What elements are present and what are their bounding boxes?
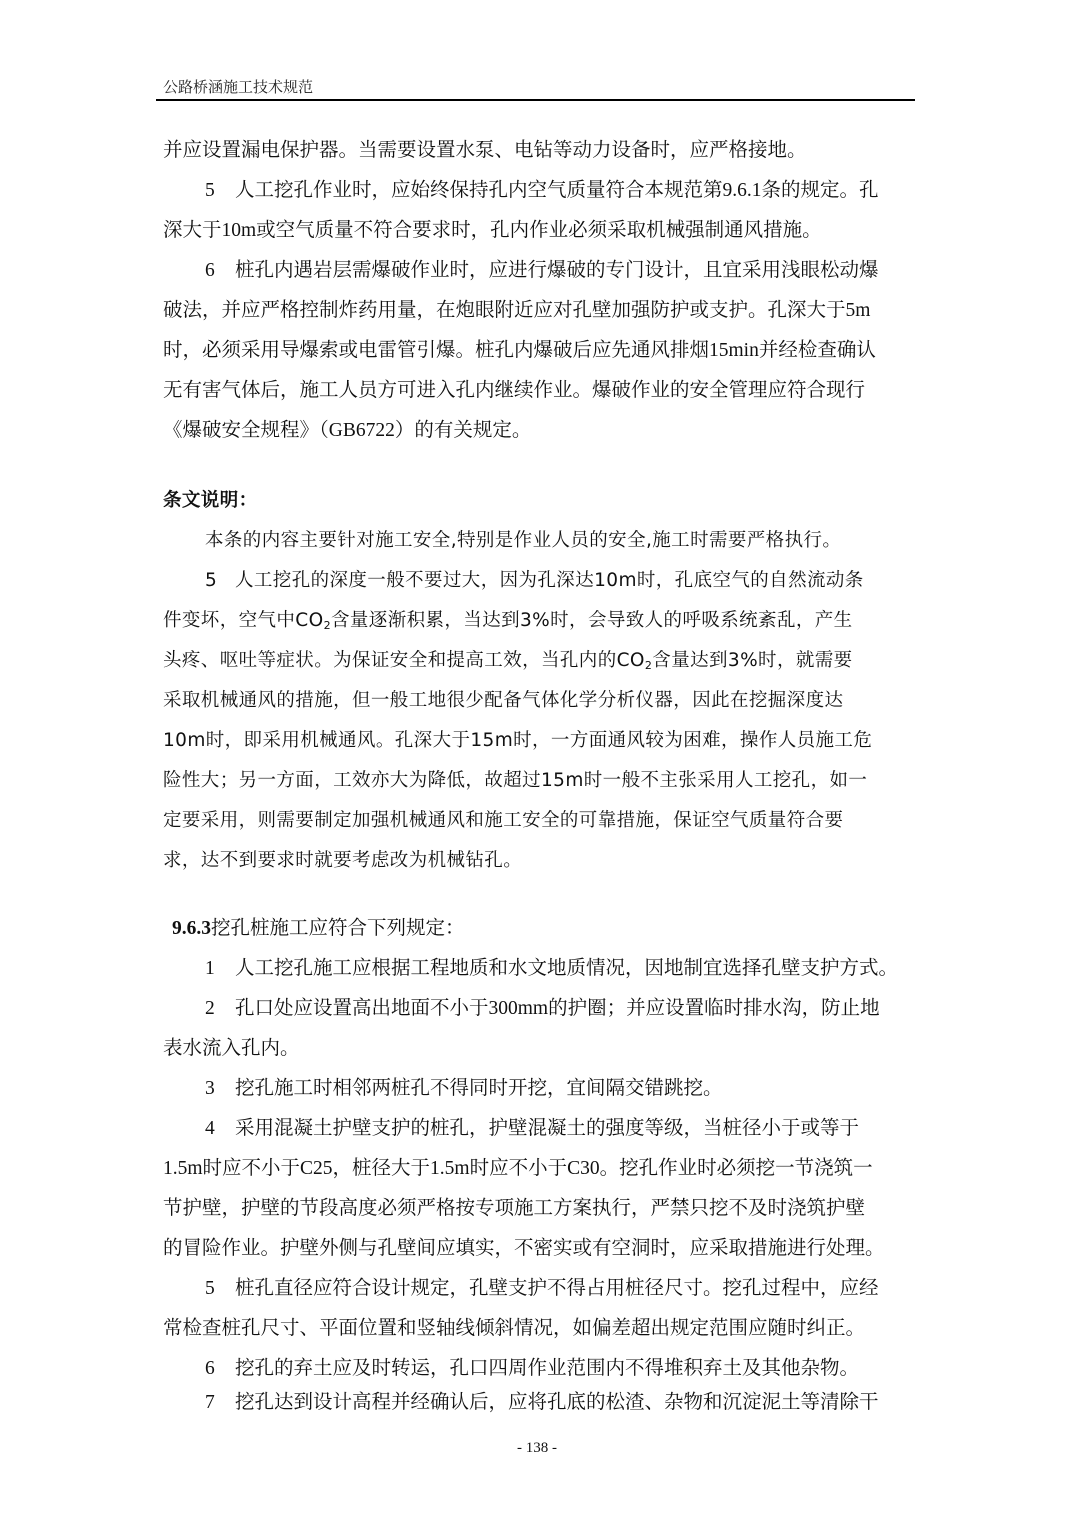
item-number: 2 xyxy=(205,997,235,1021)
paragraph-line: 无有害气体后，施工人员方可进入孔内继续作业。爆破作业的安全管理应符合现行 xyxy=(163,379,915,403)
paragraph-line: 的冒险作业。护壁外侧与孔壁间应填实，不密实或有空洞时，应采取措施进行处理。 xyxy=(163,1237,915,1261)
paragraph-line: 件变坏，空气中CO2含量逐渐积累，当达到3%时，会导致人的呼吸系统紊乱，产生 xyxy=(163,609,915,638)
item-text: 人工挖孔的深度一般不要过大，因为孔深达10m时，孔底空气的自然流动条 xyxy=(235,570,864,591)
paragraph-line: 险性大；另一方面，工效亦大为降低，故超过15m时一般不主张采用人工挖孔，如一 xyxy=(163,769,915,793)
item-number: 5 xyxy=(205,179,235,203)
clause-number: 9.6.3 xyxy=(172,918,211,939)
text-segment: 含量达到3%时，就需要 xyxy=(652,650,852,671)
item-text: 桩孔内遇岩层需爆破作业时，应进行爆破的专门设计，且宜采用浅眼松动爆 xyxy=(235,260,879,281)
clause-item-3: 3挖孔施工时相邻两桩孔不得同时开挖，宜间隔交错跳挖。 xyxy=(205,1077,957,1101)
text-segment: 头疼、呕吐等症状。为保证安全和提高工效，当孔内的CO xyxy=(163,650,645,671)
paragraph-line: 深大于10m或空气质量不符合要求时，孔内作业必须采取机械强制通风措施。 xyxy=(163,219,915,243)
page-number: - 138 - xyxy=(0,1440,1074,1457)
subscript: 2 xyxy=(324,619,331,632)
explanation-item-5: 5人工挖孔的深度一般不要过大，因为孔深达10m时，孔底空气的自然流动条 xyxy=(205,569,957,593)
item-text: 挖孔的弃土应及时转运，孔口四周作业范围内不得堆积弃土及其他杂物。 xyxy=(235,1358,859,1379)
item-text: 挖孔达到设计高程并经确认后，应将孔底的松渣、杂物和沉淀泥土等清除干 xyxy=(235,1392,879,1413)
item-text: 采用混凝土护壁支护的桩孔，护壁混凝土的强度等级，当桩径小于或等于 xyxy=(235,1118,859,1139)
clause-item-2: 2孔口处应设置高出地面不小于300mm的护圈；并应设置临时排水沟，防止地 xyxy=(205,997,957,1021)
header-divider xyxy=(156,99,915,101)
clause-item-5: 5桩孔直径应符合设计规定，孔壁支护不得占用桩径尺寸。挖孔过程中，应经 xyxy=(205,1277,957,1301)
clause-heading: 9.6.3挖孔桩施工应符合下列规定： xyxy=(172,917,924,941)
paragraph-line: 表水流入孔内。 xyxy=(163,1037,915,1061)
explanation-heading: 条文说明： xyxy=(163,489,915,513)
running-header-title: 公路桥涵施工技术规范 xyxy=(163,76,313,97)
item-text: 孔口处应设置高出地面不小于300mm的护圈；并应设置临时排水沟，防止地 xyxy=(235,998,880,1019)
item-number: 6 xyxy=(205,1357,235,1381)
clause-item-6: 6挖孔的弃土应及时转运，孔口四周作业范围内不得堆积弃土及其他杂物。 xyxy=(205,1357,957,1381)
item-number: 5 xyxy=(205,569,235,593)
item-text: 人工挖孔作业时，应始终保持孔内空气质量符合本规范第9.6.1条的规定。孔 xyxy=(235,180,879,201)
item-number: 1 xyxy=(205,957,235,981)
list-item-6: 6桩孔内遇岩层需爆破作业时，应进行爆破的专门设计，且宜采用浅眼松动爆 xyxy=(205,259,957,283)
item-number: 3 xyxy=(205,1077,235,1101)
paragraph-line: 并应设置漏电保护器。当需要设置水泵、电钻等动力设备时，应严格接地。 xyxy=(163,139,915,163)
paragraph-line: 头疼、呕吐等症状。为保证安全和提高工效，当孔内的CO2含量达到3%时，就需要 xyxy=(163,649,915,678)
item-number: 4 xyxy=(205,1117,235,1141)
paragraph-line: 采取机械通风的措施，但一般工地很少配备气体化学分析仪器，因此在挖掘深度达 xyxy=(163,689,915,713)
clause-item-1: 1人工挖孔施工应根据工程地质和水文地质情况，因地制宜选择孔壁支护方式。 xyxy=(205,957,957,981)
paragraph-line: 定要采用，则需要制定加强机械通风和施工安全的可靠措施，保证空气质量符合要 xyxy=(163,809,915,833)
paragraph-line: 1.5m时应不小于C25，桩径大于1.5m时应不小于C30。挖孔作业时必须挖一节… xyxy=(163,1157,915,1181)
paragraph-line: 10m时，即采用机械通风。孔深大于15m时，一方面通风较为困难，操作人员施工危 xyxy=(163,729,915,753)
explanation-intro: 本条的内容主要针对施工安全,特别是作业人员的安全,施工时需要严格执行。 xyxy=(205,529,957,553)
list-item-5: 5人工挖孔作业时，应始终保持孔内空气质量符合本规范第9.6.1条的规定。孔 xyxy=(205,179,957,203)
paragraph-line: 《爆破安全规程》（GB6722）的有关规定。 xyxy=(163,419,915,443)
item-text: 桩孔直径应符合设计规定，孔壁支护不得占用桩径尺寸。挖孔过程中，应经 xyxy=(235,1278,879,1299)
paragraph-line: 时，必须采用导爆索或电雷管引爆。桩孔内爆破后应先通风排烟15min并经检查确认 xyxy=(163,339,915,363)
clause-title: 挖孔桩施工应符合下列规定： xyxy=(211,918,465,939)
item-number: 7 xyxy=(205,1391,235,1415)
paragraph-line: 节护壁，护壁的节段高度必须严格按专项施工方案执行，严禁只挖不及时浇筑护壁 xyxy=(163,1197,915,1221)
text-segment: 件变坏，空气中CO xyxy=(163,610,324,631)
document-page: 公路桥涵施工技术规范 并应设置漏电保护器。当需要设置水泵、电钻等动力设备时，应严… xyxy=(0,0,1074,1520)
paragraph-line: 常检查桩孔尺寸、平面位置和竖轴线倾斜情况，如偏差超出规定范围应随时纠正。 xyxy=(163,1317,915,1341)
text-segment: 含量逐渐积累，当达到3%时，会导致人的呼吸系统紊乱，产生 xyxy=(331,610,853,631)
item-text: 人工挖孔施工应根据工程地质和水文地质情况，因地制宜选择孔壁支护方式。 xyxy=(235,958,898,979)
clause-item-4: 4采用混凝土护壁支护的桩孔，护壁混凝土的强度等级，当桩径小于或等于 xyxy=(205,1117,957,1141)
item-number: 6 xyxy=(205,259,235,283)
paragraph-line: 破法，并应严格控制炸药用量，在炮眼附近应对孔壁加强防护或支护。孔深大于5m xyxy=(163,299,915,323)
paragraph-line: 求，达不到要求时就要考虑改为机械钻孔。 xyxy=(163,849,915,873)
item-number: 5 xyxy=(205,1277,235,1301)
item-text: 挖孔施工时相邻两桩孔不得同时开挖，宜间隔交错跳挖。 xyxy=(235,1078,723,1099)
clause-item-7: 7挖孔达到设计高程并经确认后，应将孔底的松渣、杂物和沉淀泥土等清除干 xyxy=(205,1391,957,1415)
